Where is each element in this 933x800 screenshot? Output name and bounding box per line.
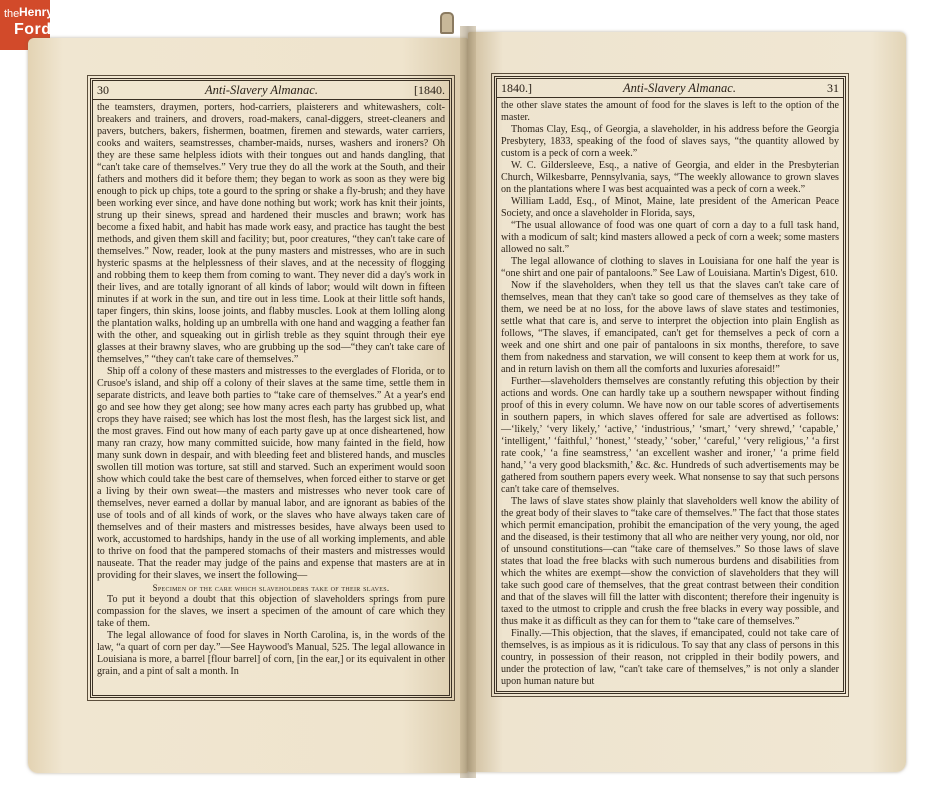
paragraph: Further—slaveholders themselves are cons… <box>501 376 839 496</box>
logo-henry: Henry <box>19 6 53 18</box>
paragraph: The legal allowance of food for slaves i… <box>97 630 445 678</box>
binding-tie <box>440 12 454 34</box>
running-title: Anti-Slavery Almanac. <box>623 81 736 96</box>
section-heading: Specimen of the care which slaveholders … <box>97 582 445 594</box>
right-page-body: the other slave states the amount of foo… <box>497 98 843 688</box>
paragraph: “The usual allowance of food was one qua… <box>501 220 839 256</box>
paragraph: W. C. Gildersleeve, Esq., a native of Ge… <box>501 160 839 196</box>
right-running-head: 1840.] Anti-Slavery Almanac. 31 <box>497 79 843 98</box>
running-title: Anti-Slavery Almanac. <box>205 83 318 98</box>
paragraph: The laws of slave states show plainly th… <box>501 496 839 628</box>
year: 1840.] <box>501 81 532 96</box>
paragraph: To put it beyond a doubt that this objec… <box>97 594 445 630</box>
page-number: 31 <box>827 81 839 96</box>
paragraph: the teamsters, draymen, porters, hod-car… <box>97 102 445 366</box>
paragraph: Ship off a colony of these masters and m… <box>97 366 445 582</box>
paragraph: William Ladd, Esq., of Minot, Maine, lat… <box>501 196 839 220</box>
open-book: 30 Anti-Slavery Almanac. [1840. the team… <box>28 26 906 778</box>
right-page-frame: 1840.] Anti-Slavery Almanac. 31 the othe… <box>494 76 846 694</box>
paragraph: Finally.—This objection, that the slaves… <box>501 628 839 688</box>
left-page-body: the teamsters, draymen, porters, hod-car… <box>93 100 449 678</box>
left-page-frame: 30 Anti-Slavery Almanac. [1840. the team… <box>90 78 452 698</box>
paragraph: The legal allowance of clothing to slave… <box>501 256 839 280</box>
year: [1840. <box>414 83 445 98</box>
paragraph: Now if the slaveholders, when they tell … <box>501 280 839 376</box>
page-number: 30 <box>97 83 109 98</box>
left-running-head: 30 Anti-Slavery Almanac. [1840. <box>93 81 449 100</box>
logo-the: the <box>4 9 19 20</box>
paragraph: the other slave states the amount of foo… <box>501 100 839 124</box>
book-spine <box>460 26 476 778</box>
paragraph: Thomas Clay, Esq., of Georgia, a slaveho… <box>501 124 839 160</box>
